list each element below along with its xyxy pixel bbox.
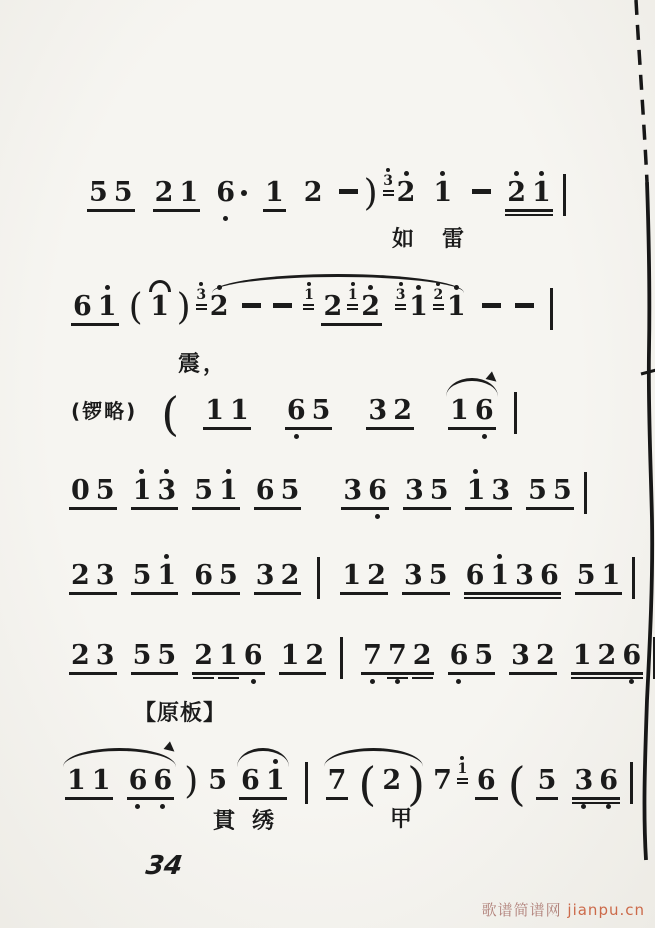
beam-line — [526, 507, 574, 510]
note-digit: 3 — [368, 395, 387, 426]
note-digit: 6 — [450, 640, 469, 671]
beam-group: 61 — [238, 754, 288, 810]
barline — [340, 629, 343, 685]
note-digit: 1 — [450, 395, 469, 426]
note: 2 — [304, 166, 323, 222]
beam-line-extra — [412, 677, 433, 679]
note: 1 — [67, 754, 86, 810]
note-digit: 1 — [230, 395, 249, 426]
octave-dot-high — [164, 554, 169, 559]
spacer — [333, 629, 337, 630]
note: 2 — [323, 280, 342, 336]
octave-dot-high — [386, 168, 390, 172]
note: 7 — [433, 754, 452, 810]
beam-line — [326, 797, 349, 800]
octave-dot-low — [629, 679, 634, 684]
beam-group: 55 — [525, 464, 575, 520]
beam-group: 51 — [130, 549, 180, 605]
note-digit: 6 — [466, 560, 485, 591]
slur-group: 61 — [232, 754, 294, 810]
note-digit: 1 — [157, 560, 176, 591]
spacer — [294, 754, 302, 755]
barline — [305, 754, 308, 810]
spacer — [503, 384, 511, 385]
dash-mark — [472, 189, 491, 194]
beam-line — [341, 507, 389, 510]
note-digit: 3 — [157, 475, 176, 506]
beam-line — [403, 507, 451, 510]
note: 1 — [447, 280, 466, 336]
spacer — [469, 280, 479, 281]
spacer — [339, 384, 359, 385]
note: 1 — [467, 464, 486, 520]
note-digit: 2 — [323, 291, 342, 322]
note: 1 — [92, 754, 111, 810]
octave-dot-high — [514, 171, 519, 176]
beam-group: 126 — [570, 629, 644, 685]
dash-mark — [242, 303, 261, 308]
beam-line — [366, 427, 414, 430]
beam-line — [321, 323, 382, 326]
note-digit: 3 — [491, 475, 510, 506]
note: 3 — [368, 384, 387, 440]
beam-line — [254, 592, 302, 595]
beam-line — [536, 797, 559, 800]
note: 5 — [133, 629, 152, 685]
beam-line — [263, 209, 286, 212]
duration-dash — [472, 166, 491, 222]
beam-line — [572, 797, 620, 800]
note: 5 — [430, 464, 449, 520]
note-digit: 3 — [574, 765, 593, 796]
beam-group: 216 — [191, 629, 265, 685]
note-digit: 6 — [256, 475, 275, 506]
music-line-4: 0513516536351355 — [62, 464, 590, 522]
grace-digit: 3 — [383, 175, 394, 188]
beam-line — [448, 672, 496, 675]
note: 1 — [219, 464, 238, 520]
beam-line — [131, 507, 179, 510]
grace-digit: 1 — [347, 289, 358, 302]
beam-line — [571, 672, 643, 675]
beam-group: 05 — [68, 464, 118, 520]
octave-dot-low — [160, 804, 165, 809]
parenthesis: ( — [129, 280, 143, 336]
note-digit: 2 — [598, 640, 617, 671]
octave-dot-high — [460, 756, 464, 760]
beam-line — [571, 677, 643, 679]
note-digit: 2 — [71, 560, 90, 591]
note-digit: 5 — [133, 640, 152, 671]
watermark-site-url: jianpu.cn — [567, 901, 645, 919]
note: 6 — [216, 166, 235, 222]
note: 5 — [281, 464, 300, 520]
note-digit: 3 — [343, 475, 362, 506]
note-digit: 2 — [536, 640, 555, 671]
note-digit: 5 — [219, 560, 238, 591]
note-digit: 1 — [133, 475, 152, 506]
note: 6 — [153, 754, 172, 810]
note: 5 — [194, 464, 213, 520]
note: 3 — [491, 464, 510, 520]
note-digit: 6 — [368, 475, 387, 506]
barline — [550, 280, 553, 336]
octave-dot-high — [440, 171, 445, 176]
music-line-1: 5521612)32121 — [80, 166, 569, 224]
beam-group: 65 — [191, 549, 241, 605]
parenthesis: ) — [184, 754, 198, 810]
note: 3 — [343, 464, 362, 520]
spacer — [504, 280, 512, 281]
note: 6 — [368, 464, 387, 520]
lyric: 如 — [392, 222, 417, 253]
beam-group: 12 — [278, 629, 328, 685]
note-digit: 6 — [216, 177, 235, 208]
note: 3 — [256, 549, 275, 605]
beam-group: 12 — [339, 549, 389, 605]
note-digit: 5 — [114, 177, 133, 208]
spacer — [308, 549, 314, 550]
octave-dot-low — [395, 679, 400, 684]
spacer — [207, 166, 213, 167]
dash-mark — [273, 303, 292, 308]
note-digit: 6 — [475, 395, 494, 426]
octave-dot-low — [251, 679, 256, 684]
note: 2 — [536, 629, 555, 685]
spacer — [346, 629, 354, 630]
beam-group: 5 — [535, 754, 560, 810]
note: 3 — [404, 549, 423, 605]
note: 1 — [230, 384, 249, 440]
note-digit: 1 — [92, 765, 111, 796]
beam-group: 55 — [130, 629, 180, 685]
octave-dot-high — [199, 282, 203, 286]
note: 5 — [157, 629, 176, 685]
grace-note: 3 — [196, 280, 207, 310]
note: 5 — [312, 384, 331, 440]
octave-dot-low — [456, 679, 461, 684]
note: 5 — [208, 754, 227, 810]
grace-beam-line — [196, 304, 207, 306]
beam-line — [192, 507, 240, 510]
grace-beam-line — [347, 304, 358, 306]
barline-mark — [317, 557, 320, 599]
grace-digit: 1 — [457, 763, 468, 776]
beam-line — [87, 209, 135, 212]
beam-group: 61 — [70, 280, 120, 336]
note: 2 — [305, 629, 324, 685]
note: 2 — [194, 629, 213, 685]
note-digit: 3 — [511, 640, 530, 671]
beam-line — [131, 592, 179, 595]
note-digit: 2 — [281, 560, 300, 591]
barline-mark — [630, 762, 633, 804]
lyric: 绣 — [252, 804, 277, 835]
note-digit: 5 — [538, 765, 557, 796]
grace-beam-line — [383, 194, 394, 196]
beam-group: 13 — [130, 464, 180, 520]
note-digit: 7 — [433, 765, 452, 796]
grace-beam-line — [383, 190, 394, 192]
note-digit: 1 — [409, 291, 428, 322]
beam-group: 55 — [86, 166, 136, 222]
note: 1 — [409, 280, 428, 336]
note: 2 — [71, 629, 90, 685]
note-digit: 3 — [405, 475, 424, 506]
note-digit: 6 — [477, 765, 496, 796]
octave-dot-high — [473, 469, 478, 474]
note-digit: 2 — [397, 177, 416, 208]
note-digit: 2 — [305, 640, 324, 671]
note-digit: 1 — [532, 177, 551, 208]
beam-group: 51 — [574, 549, 624, 605]
spacer — [293, 166, 301, 167]
octave-dot-high — [416, 285, 421, 290]
duration-dash — [273, 280, 292, 336]
note-digit: 5 — [194, 475, 213, 506]
beam-line — [69, 672, 117, 675]
octave-dot-low — [375, 514, 380, 519]
note-digit: 7 — [328, 765, 347, 796]
augmentation-dot — [241, 166, 247, 222]
note: 1 — [266, 754, 285, 810]
grace-beam-line — [196, 308, 207, 310]
note: 5 — [474, 629, 493, 685]
music-line-7: 1166)5617(2)716(536 — [58, 754, 636, 812]
note-digit: 1 — [266, 765, 285, 796]
note-digit: 1 — [67, 765, 86, 796]
note-digit: 5 — [157, 640, 176, 671]
barline-mark — [514, 392, 517, 434]
beam-line — [505, 214, 553, 216]
beam-line-extra — [387, 677, 408, 679]
note: 7 — [363, 629, 382, 685]
note-digit: 3 — [96, 560, 115, 591]
note: 2 — [361, 280, 380, 336]
note-digit: 1 — [281, 640, 300, 671]
note-digit: 1 — [447, 291, 466, 322]
note: 1 — [98, 280, 117, 336]
parenthesis: ) — [364, 166, 378, 222]
dot-mark — [241, 190, 247, 196]
spacer — [455, 166, 469, 167]
spacer — [142, 166, 146, 167]
beam-group: 7 — [325, 754, 350, 810]
note: 6 — [256, 464, 275, 520]
octave-dot-low — [223, 216, 228, 221]
note: 1 — [281, 629, 300, 685]
beam-group: 23 — [68, 549, 118, 605]
spacer — [418, 166, 430, 167]
octave-dot-low — [581, 804, 586, 809]
grace-beam-line — [433, 308, 444, 310]
octave-dot-high — [368, 285, 373, 290]
beam-line — [203, 427, 251, 430]
barline — [563, 166, 566, 222]
spacer — [182, 384, 196, 385]
lyric: 震， — [178, 347, 228, 378]
note: 6 — [450, 629, 469, 685]
note-digit: 6 — [129, 765, 148, 796]
octave-dot-low — [606, 804, 611, 809]
grace-beam-line — [457, 778, 468, 780]
octave-dot-high — [454, 285, 459, 290]
note-digit: 1 — [98, 291, 117, 322]
beam-group: 21 — [152, 166, 202, 222]
note: 5 — [133, 549, 152, 605]
grace-beam-line — [347, 308, 358, 310]
spacer — [428, 754, 430, 755]
beam-group: 6 — [474, 754, 499, 810]
music-line-2: 61(1)3212123121 — [64, 280, 556, 338]
banban-label: 【原板】 — [134, 696, 226, 727]
beam-line — [572, 802, 620, 804]
beam-line — [69, 592, 117, 595]
octave-dot-high — [404, 171, 409, 176]
dash-mark — [515, 303, 534, 308]
beam-line — [127, 797, 175, 800]
note-digit: 1 — [602, 560, 621, 591]
beam-group: 32 — [253, 549, 303, 605]
grace-note: 3 — [383, 166, 394, 196]
beam-line — [464, 597, 561, 599]
beam-group: 772 — [360, 629, 434, 685]
lyric: 甲 — [390, 802, 415, 833]
note: 2 — [155, 166, 174, 222]
duration-dash — [242, 280, 261, 336]
note: 5 — [114, 166, 133, 222]
grace-note: 1 — [457, 754, 468, 784]
slur-group: 212123121 — [207, 280, 469, 336]
octave-dot-high — [497, 554, 502, 559]
music-line-3: (锣略)(11653216 — [68, 384, 520, 442]
beam-line — [340, 592, 388, 595]
beam-line-extra — [218, 677, 239, 679]
note-digit: 1 — [433, 177, 452, 208]
note-digit: 3 — [404, 560, 423, 591]
note-digit: 5 — [528, 475, 547, 506]
beam-group: 32 — [508, 629, 558, 685]
note-digit: 2 — [413, 640, 432, 671]
spacer — [308, 464, 334, 465]
note-digit: 1 — [219, 640, 238, 671]
note-digit: 6 — [73, 291, 92, 322]
note: 1 — [219, 629, 238, 685]
barline — [584, 464, 587, 520]
beam-group: 36 — [571, 754, 621, 810]
note: 6 — [477, 754, 496, 810]
beam-line — [71, 323, 119, 326]
note: 5 — [553, 464, 572, 520]
lyric: 貫 — [213, 804, 238, 835]
barline-mark — [563, 174, 566, 216]
note-digit: 6 — [194, 560, 213, 591]
octave-dot-high — [226, 469, 231, 474]
note: 2 — [397, 166, 416, 222]
barline-mark — [305, 762, 308, 804]
beam-group: 65 — [253, 464, 303, 520]
note: 1 — [133, 464, 152, 520]
octave-dot-high — [217, 285, 222, 290]
note-digit: 1 — [205, 395, 224, 426]
note-digit: 1 — [265, 177, 284, 208]
grace-note: 1 — [347, 280, 358, 310]
note: 6 — [241, 754, 260, 810]
barline-mark — [632, 557, 635, 599]
note: 5 — [429, 549, 448, 605]
note: 6 — [129, 754, 148, 810]
spacer — [494, 166, 498, 167]
note: 6 — [475, 384, 494, 440]
beam-group: 35 — [402, 464, 452, 520]
note-digit: 2 — [507, 177, 526, 208]
barline-mark — [584, 472, 587, 514]
note-digit: 5 — [430, 475, 449, 506]
beam-line — [279, 672, 327, 675]
note-digit: 1 — [342, 560, 361, 591]
beam-line — [448, 427, 496, 430]
note: 3 — [96, 549, 115, 605]
beam-line — [239, 797, 287, 800]
grace-beam-line — [303, 304, 314, 306]
note: 3 — [96, 629, 115, 685]
spacer — [258, 384, 278, 385]
note: 6 — [287, 384, 306, 440]
beam-line — [192, 672, 264, 675]
note: 3 — [157, 464, 176, 520]
note-digit: 7 — [388, 640, 407, 671]
note-digit: 5 — [312, 395, 331, 426]
note: 5 — [96, 464, 115, 520]
note-digit: 2 — [393, 395, 412, 426]
beam-group: 11 — [64, 754, 114, 810]
octave-dot-high — [273, 759, 278, 764]
barline — [630, 754, 633, 810]
spacer — [140, 384, 158, 385]
barline — [632, 549, 635, 605]
duration-dash — [515, 280, 534, 336]
note-digit: 6 — [540, 560, 559, 591]
octave-dot-low — [294, 434, 299, 439]
parenthesis: ) — [177, 280, 191, 336]
parenthesis: ( — [508, 754, 526, 810]
beam-group: 66 — [126, 754, 176, 810]
spacer — [326, 166, 336, 167]
octave-dot-low — [482, 434, 487, 439]
note: 1 — [149, 280, 171, 336]
beam-line — [192, 592, 240, 595]
note-digit: 2 — [382, 765, 401, 796]
slur-group: 16 — [441, 384, 503, 440]
beam-group: 23 — [68, 629, 118, 685]
note: 7 — [328, 754, 347, 810]
note-digit: 2 — [304, 177, 323, 208]
grace-beam-line — [433, 304, 444, 306]
note: 2 — [393, 384, 412, 440]
note: 1 — [205, 384, 224, 440]
note-digit: 1 — [490, 560, 509, 591]
percussion-label: (锣略) — [71, 384, 137, 440]
beam-group: 21 — [504, 166, 554, 222]
beam-line — [475, 797, 498, 800]
note: 2 — [413, 629, 432, 685]
note-digit: 6 — [244, 640, 263, 671]
note-digit: 2 — [210, 291, 229, 322]
note-digit: 2 — [155, 177, 174, 208]
beam-group: 6136 — [463, 549, 562, 605]
note: 5 — [538, 754, 557, 810]
note: 2 — [210, 280, 229, 336]
